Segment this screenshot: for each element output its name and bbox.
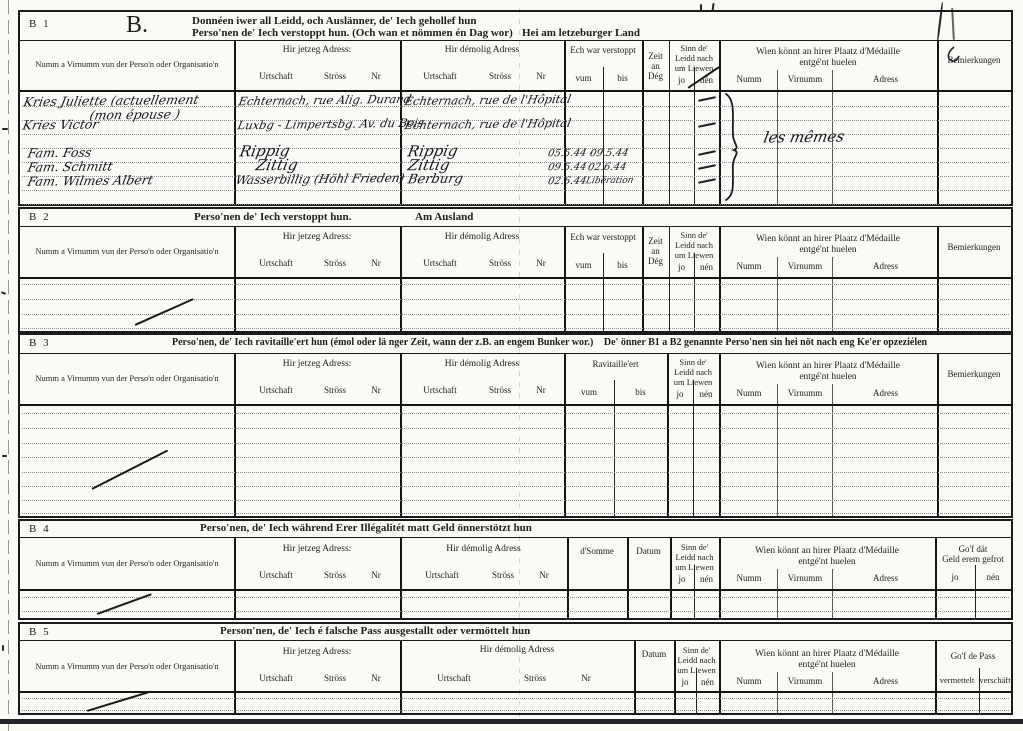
col-header-stross: Ströss	[310, 571, 360, 580]
entry-demolig-adress: Berburg	[406, 172, 464, 188]
col-header-zeit: Dég	[642, 257, 669, 266]
col-header-stross: Ströss	[310, 259, 360, 268]
col-header-vum: vum	[564, 74, 603, 83]
col-header-urtschaft: Urtschaft	[410, 72, 470, 81]
col-header-adress: Adress	[858, 75, 913, 84]
col-header-wien-line1: Wien könnt an hirer Plaatz d'Médaille	[719, 547, 935, 557]
col-header-nr: Nr	[360, 386, 392, 395]
row-rule	[22, 443, 1009, 444]
col-header-wien-line1: Wien könnt an hirer Plaatz d'Médaille	[719, 650, 935, 660]
entry-verstoppt-vum: 09.5.44	[547, 162, 587, 174]
row-rule	[22, 148, 1009, 149]
col-header-urtschaft: Urtschaft	[246, 259, 306, 268]
col-header-numm: Numm	[724, 574, 774, 583]
col-header-wien-line2: entgé'nt huelen	[719, 246, 937, 256]
col-header-nr: Nr	[360, 571, 392, 580]
col-header-nr: Nr	[570, 674, 602, 683]
nen-dash-mark	[698, 96, 716, 102]
scan-bottom-edge	[0, 719, 1023, 724]
col-header-wien-line1: Wien könnt an hirer Plaatz d'Médaille	[719, 362, 937, 372]
col-header-urtschaft: Urtschaft	[424, 674, 484, 683]
row-rule	[22, 500, 1009, 501]
col-header-numm: Numm	[724, 677, 774, 686]
row-rule	[22, 457, 1009, 458]
col-header-numm: Numm	[724, 262, 774, 271]
row-rule	[22, 597, 1009, 598]
col-header-adress: Adress	[858, 389, 913, 398]
col-header-nr: Nr	[525, 72, 557, 81]
col-header-nr: Nr	[360, 674, 392, 683]
section-b4: B 4 Perso'nen, de' Iech während Erer Ill…	[18, 519, 1013, 620]
section-code: B 5	[29, 627, 51, 639]
col-header-adress: Adress	[858, 262, 913, 271]
entry-demolig-adress: Echternach, rue de l'Hôpital	[403, 116, 572, 132]
col-header-demolig-adress: Hir démolig Adress	[400, 46, 564, 56]
col-header-wien-line2: entgé'nt huelen	[719, 59, 937, 69]
col-header-gof-de-pass: Go'f de Pass	[935, 652, 1011, 661]
section-code: B 2	[29, 212, 51, 224]
col-header-urtschaft: Urtschaft	[410, 386, 470, 395]
nen-dash-mark	[698, 178, 716, 184]
entry-jetzeg-adress: Echternach, rue Alig. Durand	[237, 92, 412, 108]
col-header-jetzeg-adress: Hir jetzeg Adress:	[234, 360, 400, 370]
col-header-demolig-adress: Hir démolig Adress	[400, 233, 564, 243]
nen-dash-mark	[698, 122, 716, 128]
section-title: Person'nen, de' Iech é falsche Pass ausg…	[220, 626, 530, 638]
col-header-virnumm: Virnumm	[780, 574, 830, 583]
entry-demolig-adress: Echternach, rue de l'Hôpital	[403, 92, 572, 108]
section-title: Perso'nen, de' Iech während Erer Illégal…	[200, 523, 532, 535]
col-header-sinn: Sinn de'	[667, 358, 719, 367]
col-header-sinn: Sinn de'	[669, 231, 719, 240]
col-header-nr: Nr	[360, 72, 392, 81]
row-rule	[22, 472, 1009, 473]
col-header-nen: nén	[975, 573, 1011, 582]
col-header-urtschaft: Urtschaft	[246, 72, 306, 81]
col-header-stross: Ströss	[310, 72, 360, 81]
col-header-ech-war-verstoppt: Ech war verstoppt	[564, 46, 642, 55]
col-header-adress: Adress	[858, 677, 913, 686]
col-header-datum: Datum	[634, 650, 674, 659]
entry-name: Kries Victor	[21, 116, 100, 132]
entry-verstoppt-vum: 05.5.44 -	[547, 148, 594, 160]
col-header-name: Numm a Virnumm vun der Perso'n oder Orga…	[20, 247, 234, 256]
col-header-stross: Ströss	[310, 674, 360, 683]
col-header-sinn: um Liewen	[667, 378, 719, 387]
col-header-virnumm: Virnumm	[780, 75, 830, 84]
col-header-virnumm: Virnumm	[780, 677, 830, 686]
col-header-datum: Datum	[627, 547, 670, 556]
col-header-nen: nén	[693, 390, 719, 399]
entry-name: Fam. Wilmes Albert	[26, 172, 154, 189]
section-title-line1: Donnéen iwer all Leidd, och Auslänner, d…	[192, 16, 477, 28]
row-rule	[22, 162, 1009, 163]
col-header-bis: bis	[614, 388, 667, 397]
col-header-wien-line2: entgé'nt huelen	[719, 558, 935, 568]
row-rule	[22, 413, 1009, 414]
col-header-urtschaft: Urtschaft	[246, 674, 306, 683]
col-header-stross: Ströss	[478, 571, 528, 580]
col-header-stross: Ströss	[510, 674, 560, 683]
brace-note: les mêmes	[762, 127, 846, 146]
section-b1: B 1 B. Donnéen iwer all Leidd, och Auslä…	[18, 10, 1013, 206]
section-title-note: De' önner B1 a B2 genannte Perso'nen sin…	[604, 337, 927, 348]
col-header-jetzeg-adress: Hir jetzeg Adress:	[234, 648, 400, 658]
col-header-jo: jo	[669, 263, 694, 272]
ink-slash	[92, 450, 169, 490]
col-header-sinn: Leidd nach	[669, 241, 719, 250]
col-header-jo: jo	[935, 573, 975, 582]
col-header-adress: Adress	[858, 574, 913, 583]
col-header-name: Numm a Virnumm vun der Perso'n oder Orga…	[20, 662, 234, 671]
col-header-bis: bis	[603, 261, 642, 270]
col-header-wien-line1: Wien könnt an hirer Plaatz d'Médaille	[719, 48, 937, 58]
nen-dash-mark	[698, 150, 716, 156]
entry-verstoppt-bis: Libération	[585, 176, 634, 187]
section-title-line2: Perso'nen de' Iech verstoppt hun. (Och w…	[192, 28, 513, 40]
col-header-sinn: Leidd nach	[674, 656, 719, 665]
col-header-sinn: Sinn de'	[669, 44, 719, 53]
col-header-jetzeg-adress: Hir jetzeg Adress:	[234, 233, 400, 243]
col-header-jo: jo	[670, 575, 694, 584]
col-header-nen: nén	[694, 263, 719, 272]
section-letter: B.	[126, 13, 148, 38]
row-rule	[22, 204, 1009, 205]
col-header-dsomme: d'Somme	[567, 547, 627, 556]
col-header-vum: vum	[564, 261, 603, 270]
row-rule	[22, 284, 1009, 285]
row-rule	[22, 428, 1009, 429]
row-rule	[22, 314, 1009, 315]
col-header-stross: Ströss	[475, 72, 525, 81]
col-header-nr: Nr	[360, 259, 392, 268]
col-header-name: Numm a Virnumm vun der Perso'n oder Orga…	[20, 559, 234, 568]
entry-name-cont: (mon épouse )	[88, 106, 181, 122]
col-header-demolig-adress: Hir démolig Adress	[400, 360, 564, 370]
col-header-sinn: Leidd nach	[667, 368, 719, 377]
col-header-bemierkungen: Bemierkungen	[937, 370, 1011, 379]
row-rule	[22, 328, 1009, 329]
col-header-stross: Ströss	[475, 259, 525, 268]
col-header-urtschaft: Urtschaft	[246, 386, 306, 395]
col-header-sinn: Leidd nach	[670, 553, 719, 562]
col-header-wien-line2: entgé'nt huelen	[719, 373, 937, 383]
entry-verstoppt-bis: 02.6.44	[587, 162, 627, 174]
margin-mark	[2, 455, 7, 457]
col-header-nr: Nr	[528, 571, 560, 580]
entry-jetzeg-adress: Luxbg - Limpertsbg. Av. du Bois	[236, 116, 425, 133]
col-header-geld-erem-gefrot: Geld erem gefrot	[935, 555, 1011, 564]
col-header-bis: bis	[603, 74, 642, 83]
scanned-form-page: B 1 B. Donnéen iwer all Leidd, och Auslä…	[0, 0, 1023, 731]
col-header-urtschaft: Urtschaft	[246, 571, 306, 580]
section-b3: B 3 Perso'nen, de' Iech ravitaille'ert h…	[18, 333, 1013, 518]
section-title: Perso'nen de' Iech verstoppt hun.	[194, 212, 351, 224]
col-header-sinn: Sinn de'	[674, 646, 719, 655]
section-title: Perso'nen, de' Iech ravitaille'ert hun (…	[172, 338, 927, 349]
ink-slash	[87, 691, 151, 712]
col-header-demolig-adress: Hir démolig Adress	[400, 646, 634, 656]
col-header-ravitailleert: Ravitaille'ert	[564, 360, 667, 369]
section-code: B 1	[29, 19, 51, 31]
section-title-right: Am Ausland	[415, 212, 473, 224]
row-rule	[22, 698, 1009, 699]
col-header-nen: nén	[696, 678, 719, 687]
col-header-nen: nén	[694, 575, 719, 584]
col-header-urtschaft: Urtschaft	[410, 259, 470, 268]
col-header-numm: Numm	[724, 75, 774, 84]
col-header-jo: jo	[674, 678, 696, 687]
col-header-jetzeg-adress: Hir jetzeg Adress:	[234, 545, 400, 555]
row-rule	[22, 190, 1009, 191]
scan-left-edge	[8, 0, 9, 731]
entry-verstoppt-vum: 02.6.44	[547, 176, 587, 188]
col-header-stross: Ströss	[475, 386, 525, 395]
col-header-wien-line2: entgé'nt huelen	[719, 661, 935, 671]
col-header-sinn: Leidd nach	[669, 54, 719, 63]
col-header-virnumm: Virnumm	[780, 389, 830, 398]
section-b5: B 5 Person'nen, de' Iech é falsche Pass …	[18, 622, 1013, 715]
col-header-vum: vum	[564, 388, 614, 397]
section-code: B 4	[29, 524, 51, 536]
margin-mark	[2, 645, 4, 651]
col-header-zeit: Dég	[642, 72, 669, 81]
row-rule	[22, 710, 1009, 711]
col-header-wien-line1: Wien könnt an hirer Plaatz d'Médaille	[719, 235, 937, 245]
col-header-sinn: um Liewen	[670, 563, 719, 572]
margin-mark	[2, 128, 8, 130]
col-header-bemierkungen: Bemierkungen	[937, 243, 1011, 252]
section-title-right: Hei am letzeburger Land	[522, 28, 640, 40]
col-header-name: Numm a Virnumm vun der Perso'n oder Orga…	[20, 374, 234, 383]
col-header-nr: Nr	[525, 259, 557, 268]
col-header-jo: jo	[667, 390, 693, 399]
col-header-numm: Numm	[724, 389, 774, 398]
col-header-ech-war-verstoppt: Ech war verstoppt	[564, 233, 642, 242]
section-b2: B 2 Perso'nen de' Iech verstoppt hun. Am…	[18, 207, 1013, 333]
col-header-jetzeg-adress: Hir jetzeg Adress:	[234, 46, 400, 56]
col-header-vermettelt: vermettelt	[935, 676, 979, 685]
row-rule	[22, 134, 1009, 135]
col-header-urtschaft: Urtschaft	[412, 571, 472, 580]
col-header-name: Numm a Virnumm vun der Perso'n oder Orga…	[20, 60, 234, 69]
brace-mark	[720, 92, 746, 204]
col-header-virnumm: Virnumm	[780, 262, 830, 271]
col-header-sinn: um Liewen	[674, 666, 719, 675]
section-title-main: Perso'nen, de' Iech ravitaille'ert hun (…	[172, 337, 593, 348]
row-rule	[22, 176, 1009, 177]
margin-mark	[1, 291, 6, 295]
row-rule	[22, 299, 1009, 300]
ink-slash	[135, 298, 194, 326]
entry-verstoppt-bis: 09.5.44	[589, 148, 629, 160]
section-code: B 3	[29, 338, 51, 350]
col-header-verschaft: verschäft	[979, 676, 1011, 685]
entry-jetzeg-adress: Wasserbillig (Höhl Frieden)	[234, 171, 405, 187]
row-rule	[22, 513, 1009, 514]
col-header-demolig-adress: Hir démolig Adress	[400, 545, 567, 555]
col-header-nr: Nr	[525, 386, 557, 395]
col-header-bemierkungen: Bemierkungen	[937, 56, 1011, 65]
col-header-sinn: um Liewen	[669, 251, 719, 260]
row-rule	[22, 486, 1009, 487]
row-rule	[22, 611, 1009, 612]
col-header-stross: Ströss	[310, 386, 360, 395]
nen-dash-mark	[698, 164, 716, 170]
col-header-sinn: Sinn de'	[670, 543, 719, 552]
